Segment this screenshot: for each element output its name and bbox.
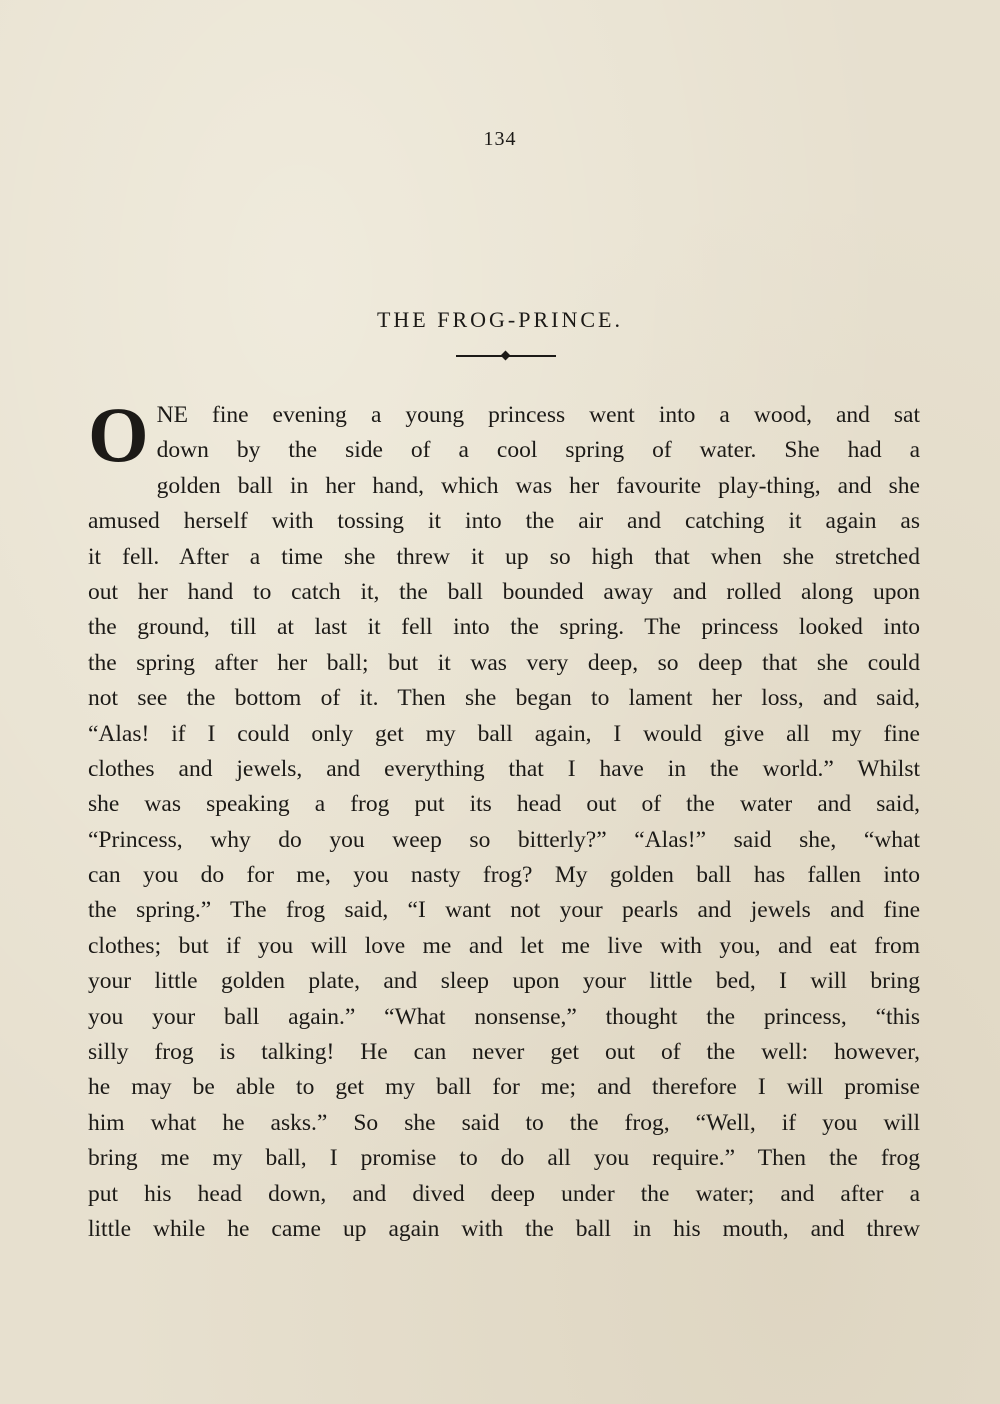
text-line: clothes and jewels, and everything that …: [88, 752, 920, 787]
diamond-icon: [501, 351, 511, 361]
text-line: put his head down, and dived deep under …: [88, 1177, 920, 1212]
text-line: your little golden plate, and sleep upon…: [88, 964, 920, 999]
story-body: O NE fine evening a young princess went …: [88, 398, 920, 1247]
text-line: bring me my ball, I promise to do all yo…: [88, 1141, 920, 1176]
text-line: the spring.” The frog said, “I want not …: [88, 893, 920, 928]
text-line: out her hand to catch it, the ball bound…: [88, 575, 920, 610]
text-line: she was speaking a frog put its head out…: [88, 787, 920, 822]
text-line: not see the bottom of it. Then she began…: [88, 681, 920, 716]
text-line: he may be able to get my ball for me; an…: [88, 1070, 920, 1105]
text-line: him what he asks.” So she said to the fr…: [88, 1106, 920, 1141]
text-line: amused herself with tossing it into the …: [88, 504, 920, 539]
text-line: down by the side of a cool spring of wat…: [88, 433, 920, 468]
text-line: you your ball again.” “What nonsense,” t…: [88, 1000, 920, 1035]
text-line: “Princess, why do you weep so bitterly?”…: [88, 823, 920, 858]
book-page: 134 THE FROG-PRINCE. O NE fine evening a…: [0, 0, 1000, 1404]
page-number: 134: [0, 128, 1000, 151]
text-line: golden ball in her hand, which was her f…: [88, 469, 920, 504]
text-line: silly frog is talking! He can never get …: [88, 1035, 920, 1070]
chapter-title: THE FROG-PRINCE.: [0, 307, 1000, 333]
text-line: the spring after her ball; but it was ve…: [88, 646, 920, 681]
text-line: can you do for me, you nasty frog? My go…: [88, 858, 920, 893]
ornament-divider: [456, 352, 556, 360]
text-line: clothes; but if you will love me and let…: [88, 929, 920, 964]
text-line: little while he came up again with the b…: [88, 1212, 920, 1247]
drop-cap: O: [88, 404, 149, 470]
text-line: NE fine evening a young princess went in…: [88, 398, 920, 433]
text-line: “Alas! if I could only get my ball again…: [88, 717, 920, 752]
text-line: the ground, till at last it fell into th…: [88, 610, 920, 645]
text-line: it fell. After a time she threw it up so…: [88, 540, 920, 575]
